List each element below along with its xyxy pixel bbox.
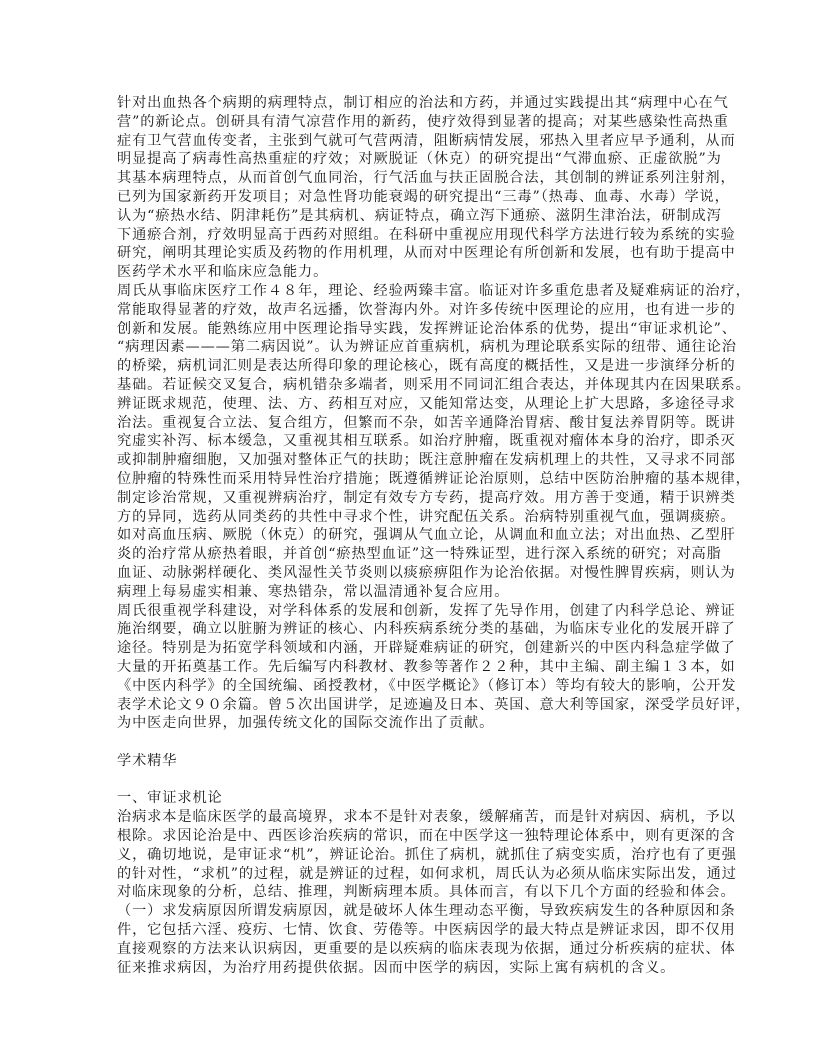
section-title: 学术精华 [117,752,707,771]
blank-line [117,733,707,752]
paragraph-clinical-practice: 周氏从事临床医疗工作４８年，理论、经验两臻丰富。临证对许多重危患者及疑难病证的治… [117,282,707,602]
text-line: 件，它包括六淫、疫疠、七情、饮食、劳倦等。中医病因学的最大特点是辨证求因，即不仅… [117,921,707,940]
text-line: 创新和发展。能熟练应用中医理论指导实践，发挥辨证论治体系的优势，提出“审证求机论… [117,320,707,339]
text-line: 制定诊治常规，又重视辨病治疗，制定有效专方专药，提高疗效。用方善于变通，精于识辨… [117,489,707,508]
text-line: 对临床现象的分析，总结、推理，判断病理本质。具体而言，有以下几个方面的经验和体会… [117,883,707,902]
text-line: “病理因素———第二病因说”。认为辨证应首重病机，病机为理论联系实际的纽带、通往… [117,338,707,357]
text-line: 常能取得显著的疗效，故声名远播，饮誉海内外。对许多传统中医理论的应用，也有进一步… [117,301,707,320]
document-page: 针对出血热各个病期的病理特点，制订相应的治法和方药，并通过实践提出其“病理中心在… [117,94,707,977]
text-line: 研究，阐明其理论实质及药物的作用机理，从而对中医理论有所创新和发展，也有助于提高… [117,244,707,263]
text-line: 为中医走向世界，加强传统文化的国际交流作出了贡献。 [117,714,707,733]
paragraph-disease-cause: （一）求发病原因所谓发病原因，就是破坏人体生理动态平衡，导致疾病发生的各种原因和… [117,902,707,977]
text-line: 究虚实补泻、标本缓急，又重视其相互联系。如治疗肿瘤，既重视对瘤体本身的治疗，即杀… [117,432,707,451]
text-line: 直接观察的方法来认识病因，更重要的是以疾病的临床表现为依据，通过分析疾病的症状、… [117,940,707,959]
text-line: 如对高血压病、厥脱（休克）的研究，强调从气血立论，从调血和血立法；对出血热、乙型… [117,526,707,545]
text-line: 根除。求因论治是中、西医诊治疾病的常识，而在中医学这一独特理论体系中，则有更深的… [117,827,707,846]
text-line: 针对出血热各个病期的病理特点，制订相应的治法和方药，并通过实践提出其“病理中心在… [117,94,707,113]
text-line: 明显提高了病毒性高热重症的疗效；对厥脱证（休克）的研究提出“气滞血瘀、正虚欲脱”… [117,150,707,169]
text-line: 方的异同，选药从同类药的共性中寻求个性，讲究配伍关系。治病特别重视气血，强调痰瘀… [117,508,707,527]
text-line: 大量的开拓奠基工作。先后编写内科教材、教参等著作２２种，其中主编、副主编１３本，… [117,658,707,677]
subsection-title: 一、审证求机论 [117,789,707,808]
text-line: 治法。重视复合立法、复合组方，但繁而不杂，如苦辛通降治胃痞、酸甘复法养胃阴等。既… [117,414,707,433]
text-line: 血证、动脉粥样硬化、类风湿性关节炎则以痰瘀痹阻作为论治依据。对慢性脾胃疾病，则认… [117,564,707,583]
text-line: 病理上每易虚实相兼、寒热错杂，常以温清通补复合应用。 [117,583,707,602]
paragraph-discipline-building: 周氏很重视学科建设，对学科体系的发展和创新，发挥了先导作用，创建了内科学总论、辨… [117,602,707,734]
text-line: 义，确切地说，是审证求“机”，辨证论治。抓住了病机，就抓住了病变实质，治疗也有了… [117,846,707,865]
text-line: 医药学术水平和临床应急能力。 [117,263,707,282]
text-line: 炎的治疗常从瘀热着眼，并首创“瘀热型血证”这一特殊证型，进行深入系统的研究；对高… [117,545,707,564]
blank-line [117,771,707,790]
text-line: 其基本病理特点，从而首创气血同治，行气活血与扶正固脱合法，其创制的辨证系列注射剂… [117,169,707,188]
text-line: 征来推求病因，为治疗用药提供依据。因而中医学的病因，实际上寓有病机的含义。 [117,959,707,978]
text-line: 已列为国家新药开发项目；对急性肾功能衰竭的研究提出“三毒”（热毒、血毒、水毒）学… [117,188,707,207]
text-line: 的桥梁，病机词汇则是表达所得印象的理论核心，既有高度的概括性，又是进一步演绎分析… [117,357,707,376]
text-line: 表学术论文９０余篇。曾５次出国讲学，足迹遍及日本、英国、意大利等国家，深受学员好… [117,696,707,715]
text-line: 认为“瘀热水结、阴津耗伤”是其病机、病证特点，确立泻下通瘀、滋阴生津治法，研制成… [117,207,707,226]
text-line: 或抑制肿瘤细胞，又加强对整体正气的扶助；既注意肿瘤在发病机理上的共性，又寻求不同… [117,451,707,470]
paragraph-treat-root: 治病求本是临床医学的最高境界，求本不是针对表象，缓解痛苦，而是针对病因、病机，予… [117,808,707,902]
text-line: 周氏从事临床医疗工作４８年，理论、经验两臻丰富。临证对许多重危患者及疑难病证的治… [117,282,707,301]
text-line: （一）求发病原因所谓发病原因，就是破坏人体生理动态平衡，导致疾病发生的各种原因和… [117,902,707,921]
paragraph-research-summary: 针对出血热各个病期的病理特点，制订相应的治法和方药，并通过实践提出其“病理中心在… [117,94,707,282]
text-line: 辨证既求规范，使理、法、方、药相互对应，又能知常达变，从理论上扩大思路，多途径寻… [117,395,707,414]
text-line: 下通瘀合剂，疗效明显高于西药对照组。在科研中重视应用现代科学方法进行较为系统的实… [117,226,707,245]
text-line: 周氏很重视学科建设，对学科体系的发展和创新，发挥了先导作用，创建了内科学总论、辨… [117,602,707,621]
text-line: 的针对性，“求机”的过程，就是辨证的过程，如何求机，周氏认为必须从临床实际出发，… [117,865,707,884]
text-line: 施治纲要，确立以脏腑为辨证的核心、内科疾病系统分类的基础，为临床专业化的发展开辟… [117,620,707,639]
text-line: 治病求本是临床医学的最高境界，求本不是针对表象，缓解痛苦，而是针对病因、病机，予… [117,808,707,827]
text-line: 营”的新论点。创研具有清气凉营作用的新药，使疗效得到显著的提高；对某些感染性高热… [117,113,707,132]
text-line: 《中医内科学》的全国统编、函授教材，《中医学概论》（修订本）等均有较大的影响，公… [117,677,707,696]
text-line: 途径。特别是为拓宽学科领域和内涵，开辟疑难病证的研究，创建新兴的中医内科急症学做… [117,639,707,658]
text-line: 基础。若证候交叉复合，病机错杂多端者，则采用不同词汇组合表达，并体现其内在因果联… [117,376,707,395]
text-line: 症有卫气营血传变者，主张到气就可气营两清，阻断病情发展，邪热入里者应早予通利，从… [117,132,707,151]
text-line: 位肿瘤的特殊性而采用特异性治疗措施；既遵循辨证论治原则，总结中医防治肿瘤的基本规… [117,470,707,489]
